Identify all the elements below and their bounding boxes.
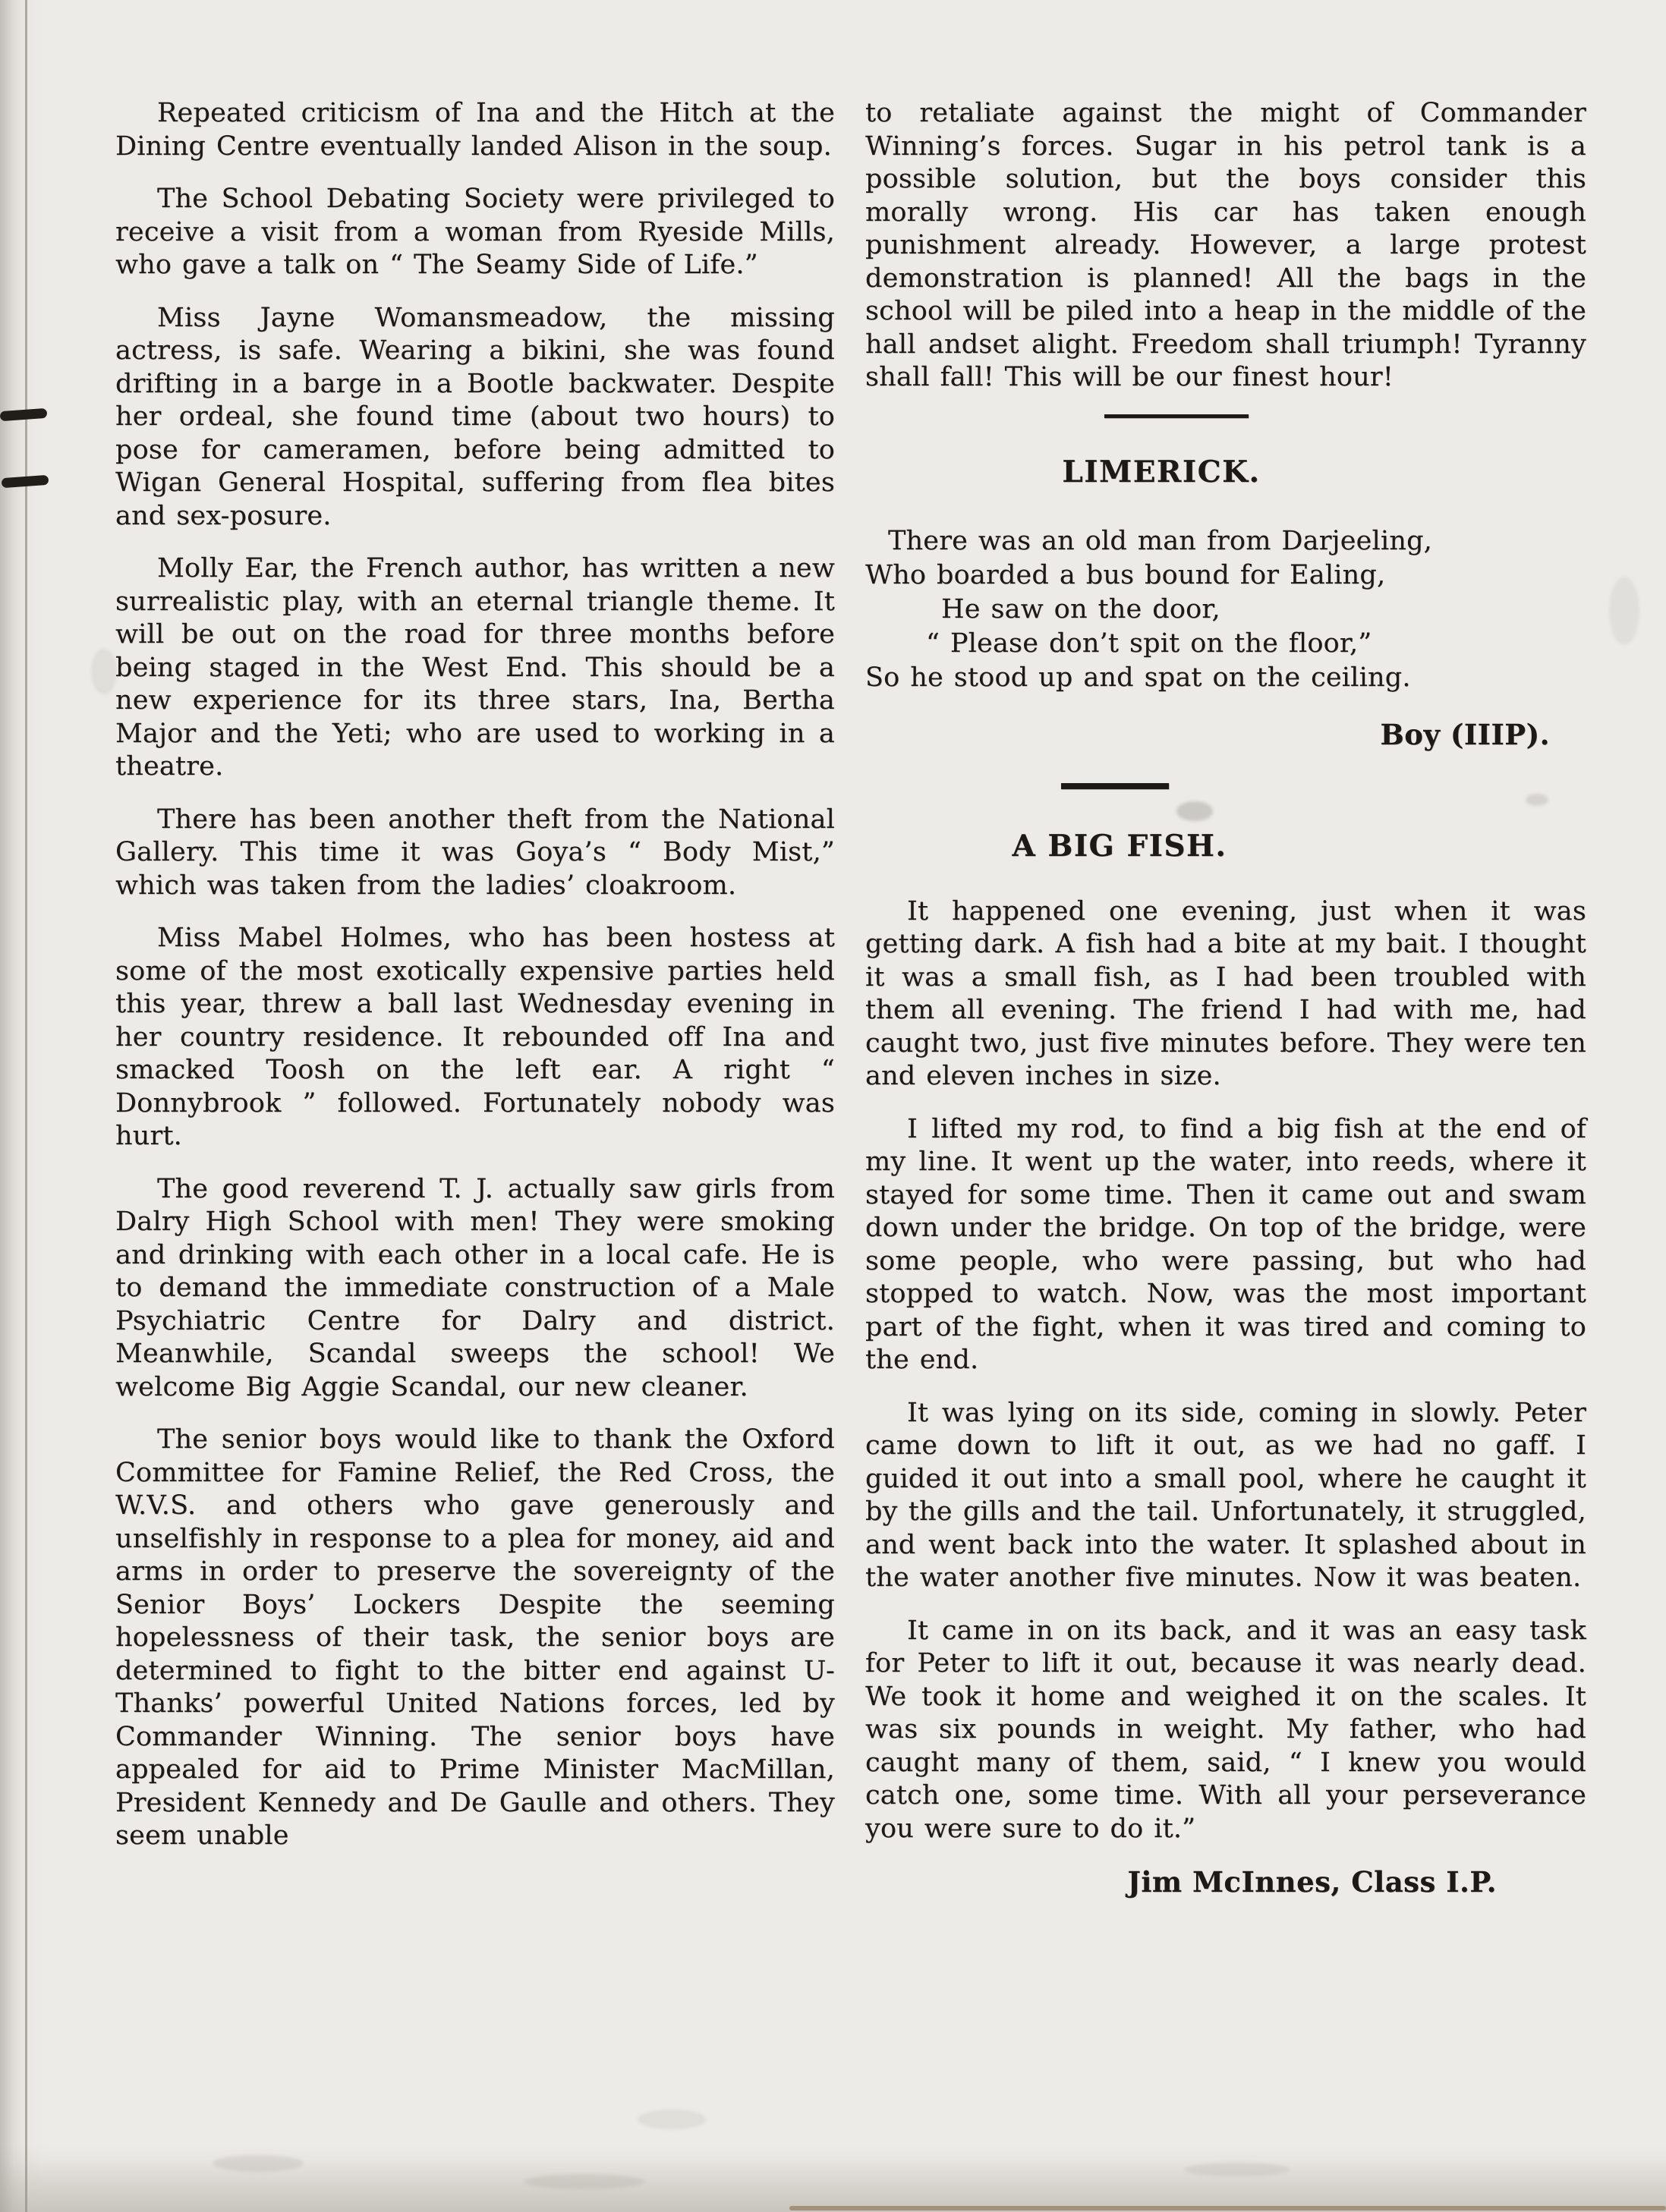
left-column: Repeated criticism of Ina and the Hitch … bbox=[115, 97, 835, 1873]
news-paragraph: Miss Jayne Womansmeadow, the missing act… bbox=[115, 302, 835, 533]
limerick-line: So he stood up and spat on the ceiling. bbox=[865, 661, 1586, 695]
scan-bottom-haze bbox=[0, 2144, 1666, 2212]
binding-stitch-mark bbox=[2, 475, 49, 488]
story-paragraph: I lifted my rod, to find a big fish at t… bbox=[865, 1113, 1586, 1377]
news-paragraph: Repeated criticism of Ina and the Hitch … bbox=[115, 97, 835, 163]
big-fish-heading: A BIG FISH. bbox=[759, 829, 1480, 864]
limerick-line: There was an old man from Darjeeling, bbox=[865, 524, 1586, 559]
page-spine-line bbox=[25, 0, 27, 2212]
section-divider bbox=[1104, 414, 1249, 418]
story-author: Jim McInnes, Class I.P. bbox=[865, 1865, 1497, 1899]
limerick-line: Who boarded a bus bound for Ealing, bbox=[865, 559, 1586, 593]
binding-stitch-mark bbox=[0, 408, 47, 421]
scan-smudge bbox=[1609, 577, 1639, 645]
magazine-page-scan: Repeated criticism of Ina and the Hitch … bbox=[0, 0, 1666, 2212]
limerick-poem: There was an old man from Darjeeling, Wh… bbox=[865, 524, 1586, 695]
news-paragraph: Miss Mabel Holmes, who has been hostess … bbox=[115, 922, 835, 1153]
page-bottom-edge bbox=[789, 2206, 1666, 2210]
limerick-heading: LIMERICK. bbox=[801, 455, 1522, 489]
story-paragraph: It was lying on its side, coming in slow… bbox=[865, 1397, 1586, 1595]
section-divider bbox=[1061, 783, 1169, 789]
news-paragraph: The good reverend T. J. actually saw gir… bbox=[115, 1173, 835, 1405]
limerick-author: Boy (IIIP). bbox=[865, 718, 1550, 751]
scan-smudge bbox=[91, 649, 117, 694]
limerick-line: He saw on the door, bbox=[865, 593, 1586, 627]
news-paragraph: There has been another theft from the Na… bbox=[115, 804, 835, 903]
news-paragraph: Molly Ear, the French author, has writte… bbox=[115, 552, 835, 784]
story-paragraph: It came in on its back, and it was an ea… bbox=[865, 1615, 1586, 1846]
news-paragraph: The senior boys would like to thank the … bbox=[115, 1424, 835, 1853]
news-paragraph-continued: to retaliate against the might of Comman… bbox=[865, 97, 1586, 395]
limerick-line: “ Please don’t spit on the floor,” bbox=[865, 627, 1586, 661]
story-paragraph: It happened one evening, just when it wa… bbox=[865, 895, 1586, 1093]
scan-smudge bbox=[638, 2110, 706, 2129]
right-column: to retaliate against the might of Comman… bbox=[865, 97, 1586, 1899]
news-paragraph: The School Debating Society were privile… bbox=[115, 183, 835, 282]
